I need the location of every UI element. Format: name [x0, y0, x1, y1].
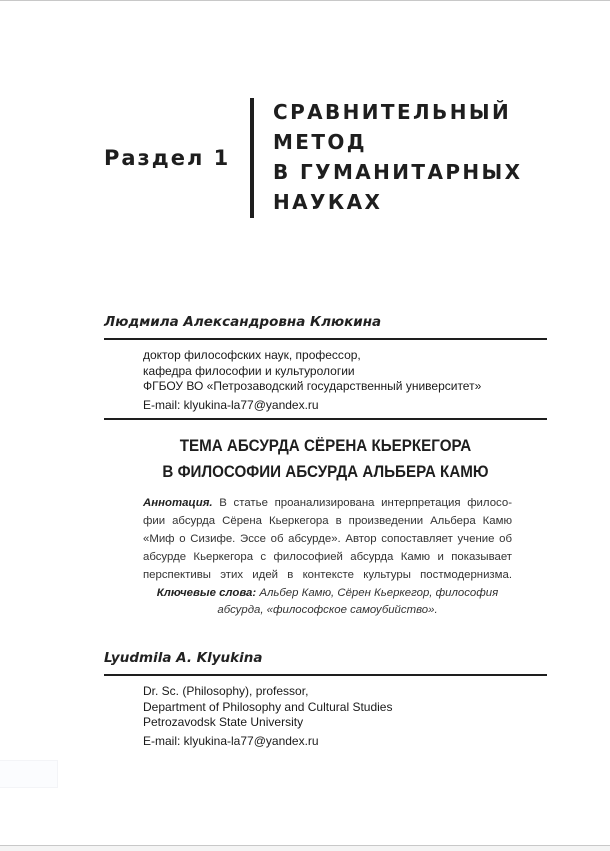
keywords-label: Ключевые слова:	[157, 587, 256, 599]
page-top-border	[0, 0, 610, 1]
abstract-label: Аннотация.	[143, 497, 213, 509]
author-affiliation-en: Dr. Sc. (Philosophy), professor, Departm…	[143, 684, 392, 731]
affiliation-line: ФГБОУ ВО «Петрозаводский государственный…	[143, 379, 481, 395]
affiliation-line: Petrozavodsk State University	[143, 715, 392, 731]
author-rule-bottom	[104, 418, 547, 420]
affiliation-line: доктор философских наук, профессор,	[143, 348, 481, 364]
author-rule-top	[104, 338, 547, 340]
abstract-text: В статье проанализирована интерпретация …	[143, 497, 512, 581]
section-divider-bar	[250, 98, 254, 218]
keywords: Ключевые слова: Альбер Камю, Сёрен Кьерк…	[143, 585, 512, 619]
affiliation-line: кафедра философии и культурологии	[143, 364, 481, 380]
keywords-text: Альбер Камю, Сёрен Кьеркегор, философия …	[217, 587, 498, 616]
article-title-line: ТЕМА АБСУРДА СЁРЕНА КЬЕРКЕГОРА	[122, 433, 530, 459]
section-title-line: СРАВНИТЕЛЬНЫЙ	[273, 97, 523, 127]
affiliation-line: Department of Philosophy and Cultural St…	[143, 700, 392, 716]
article-title-line: В ФИЛОСОФИИ АБСУРДА АЛЬБЕРА КАМЮ	[122, 459, 530, 485]
author-rule-en	[104, 674, 547, 676]
affiliation-line: Dr. Sc. (Philosophy), professor,	[143, 684, 392, 700]
abstract: Аннотация. В статье проанализирована инт…	[143, 494, 512, 584]
section-title-line: НАУКАХ	[273, 187, 523, 217]
faint-overlay-box	[0, 760, 58, 788]
section-label: Раздел 1	[104, 146, 230, 170]
author-email-en[interactable]: E-mail: klyukina-la77@yandex.ru	[143, 734, 319, 748]
article-title: ТЕМА АБСУРДА СЁРЕНА КЬЕРКЕГОРА В ФИЛОСОФ…	[122, 433, 530, 485]
section-title-line: МЕТОД	[273, 127, 523, 157]
section-title-line: В ГУМАНИТАРНЫХ	[273, 157, 523, 187]
page-bottom-strip	[0, 846, 610, 851]
author-name-en: Lyudmila A. Klyukina	[104, 650, 263, 666]
author-name-ru: Людмила Александровна Клюкина	[104, 314, 381, 330]
author-affiliation-ru: доктор философских наук, профессор, кафе…	[143, 348, 481, 395]
section-title: СРАВНИТЕЛЬНЫЙ МЕТОД В ГУМАНИТАРНЫХ НАУКА…	[273, 97, 523, 217]
author-email-ru[interactable]: E-mail: klyukina-la77@yandex.ru	[143, 398, 319, 412]
